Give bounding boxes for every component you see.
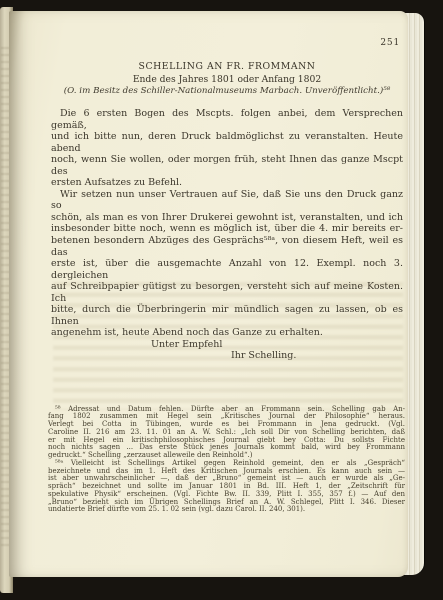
text-line: angenehm ist, heute Abend noch das Ganze… xyxy=(51,327,403,339)
letter-heading: SCHELLING AN FR. FROMMANN xyxy=(51,61,403,72)
text-line: ersten Aufsatzes zu Befehl. xyxy=(51,177,403,189)
footnotes-block: ⁵⁸ Adressat und Datum fehlen. Dürfte abe… xyxy=(48,406,405,515)
letter-date-line: Ende des Jahres 1801 oder Anfang 1802 xyxy=(51,74,403,85)
paragraph-2: Wir setzen nun unser Vertrauen auf Sie, … xyxy=(51,189,403,339)
paragraph-1: Die 6 ersten Bogen des Mscpts. folgen an… xyxy=(51,108,403,189)
text-line: bitte, durch die Überbringerin mir mündl… xyxy=(51,304,403,327)
text-line: insbesonder bitte noch, wenn es möglich … xyxy=(51,223,403,235)
text-line: und ich bitte nun, deren Druck baldmögli… xyxy=(51,131,403,154)
page-number: 251 xyxy=(9,38,400,48)
text-line: noch, wenn Sie wollen, oder morgen früh,… xyxy=(51,154,403,177)
footnote-58: ⁵⁸ Adressat und Datum fehlen. Dürfte abe… xyxy=(48,406,405,460)
footnote-58a: ⁵⁸ᵃ Vielleicht ist Schellings Artikel ge… xyxy=(48,460,405,514)
provenance-note: (O. im Besitz des Schiller-Nationalmuseu… xyxy=(51,86,403,96)
closing-salutation: Unter Empfehl xyxy=(151,339,403,351)
text-line: undatierte Brief dürfte vom 25. 1. 02 se… xyxy=(48,506,405,514)
letter-body: Die 6 ersten Bogen des Mscpts. folgen an… xyxy=(51,108,403,362)
text-line: erste ist, über die ausgemachte Anzahl v… xyxy=(51,258,403,281)
signature: Ihr Schelling. xyxy=(231,350,403,362)
text-line: Die 6 ersten Bogen des Mscpts. folgen an… xyxy=(51,108,403,131)
book-page: 251 SCHELLING AN FR. FROMMANN Ende des J… xyxy=(9,11,408,577)
text-line: Wir setzen nun unser Vertrauen auf Sie, … xyxy=(51,189,403,212)
text-line: betenen besondern Abzüges des Gesprächs⁵… xyxy=(51,235,403,258)
text-line: schön, als man es von Ihrer Drukerei gew… xyxy=(51,212,403,224)
text-line: auf Schreibpapier gütigst zu besorgen, v… xyxy=(51,281,403,304)
book-photograph: 251 SCHELLING AN FR. FROMMANN Ende des J… xyxy=(0,0,443,600)
